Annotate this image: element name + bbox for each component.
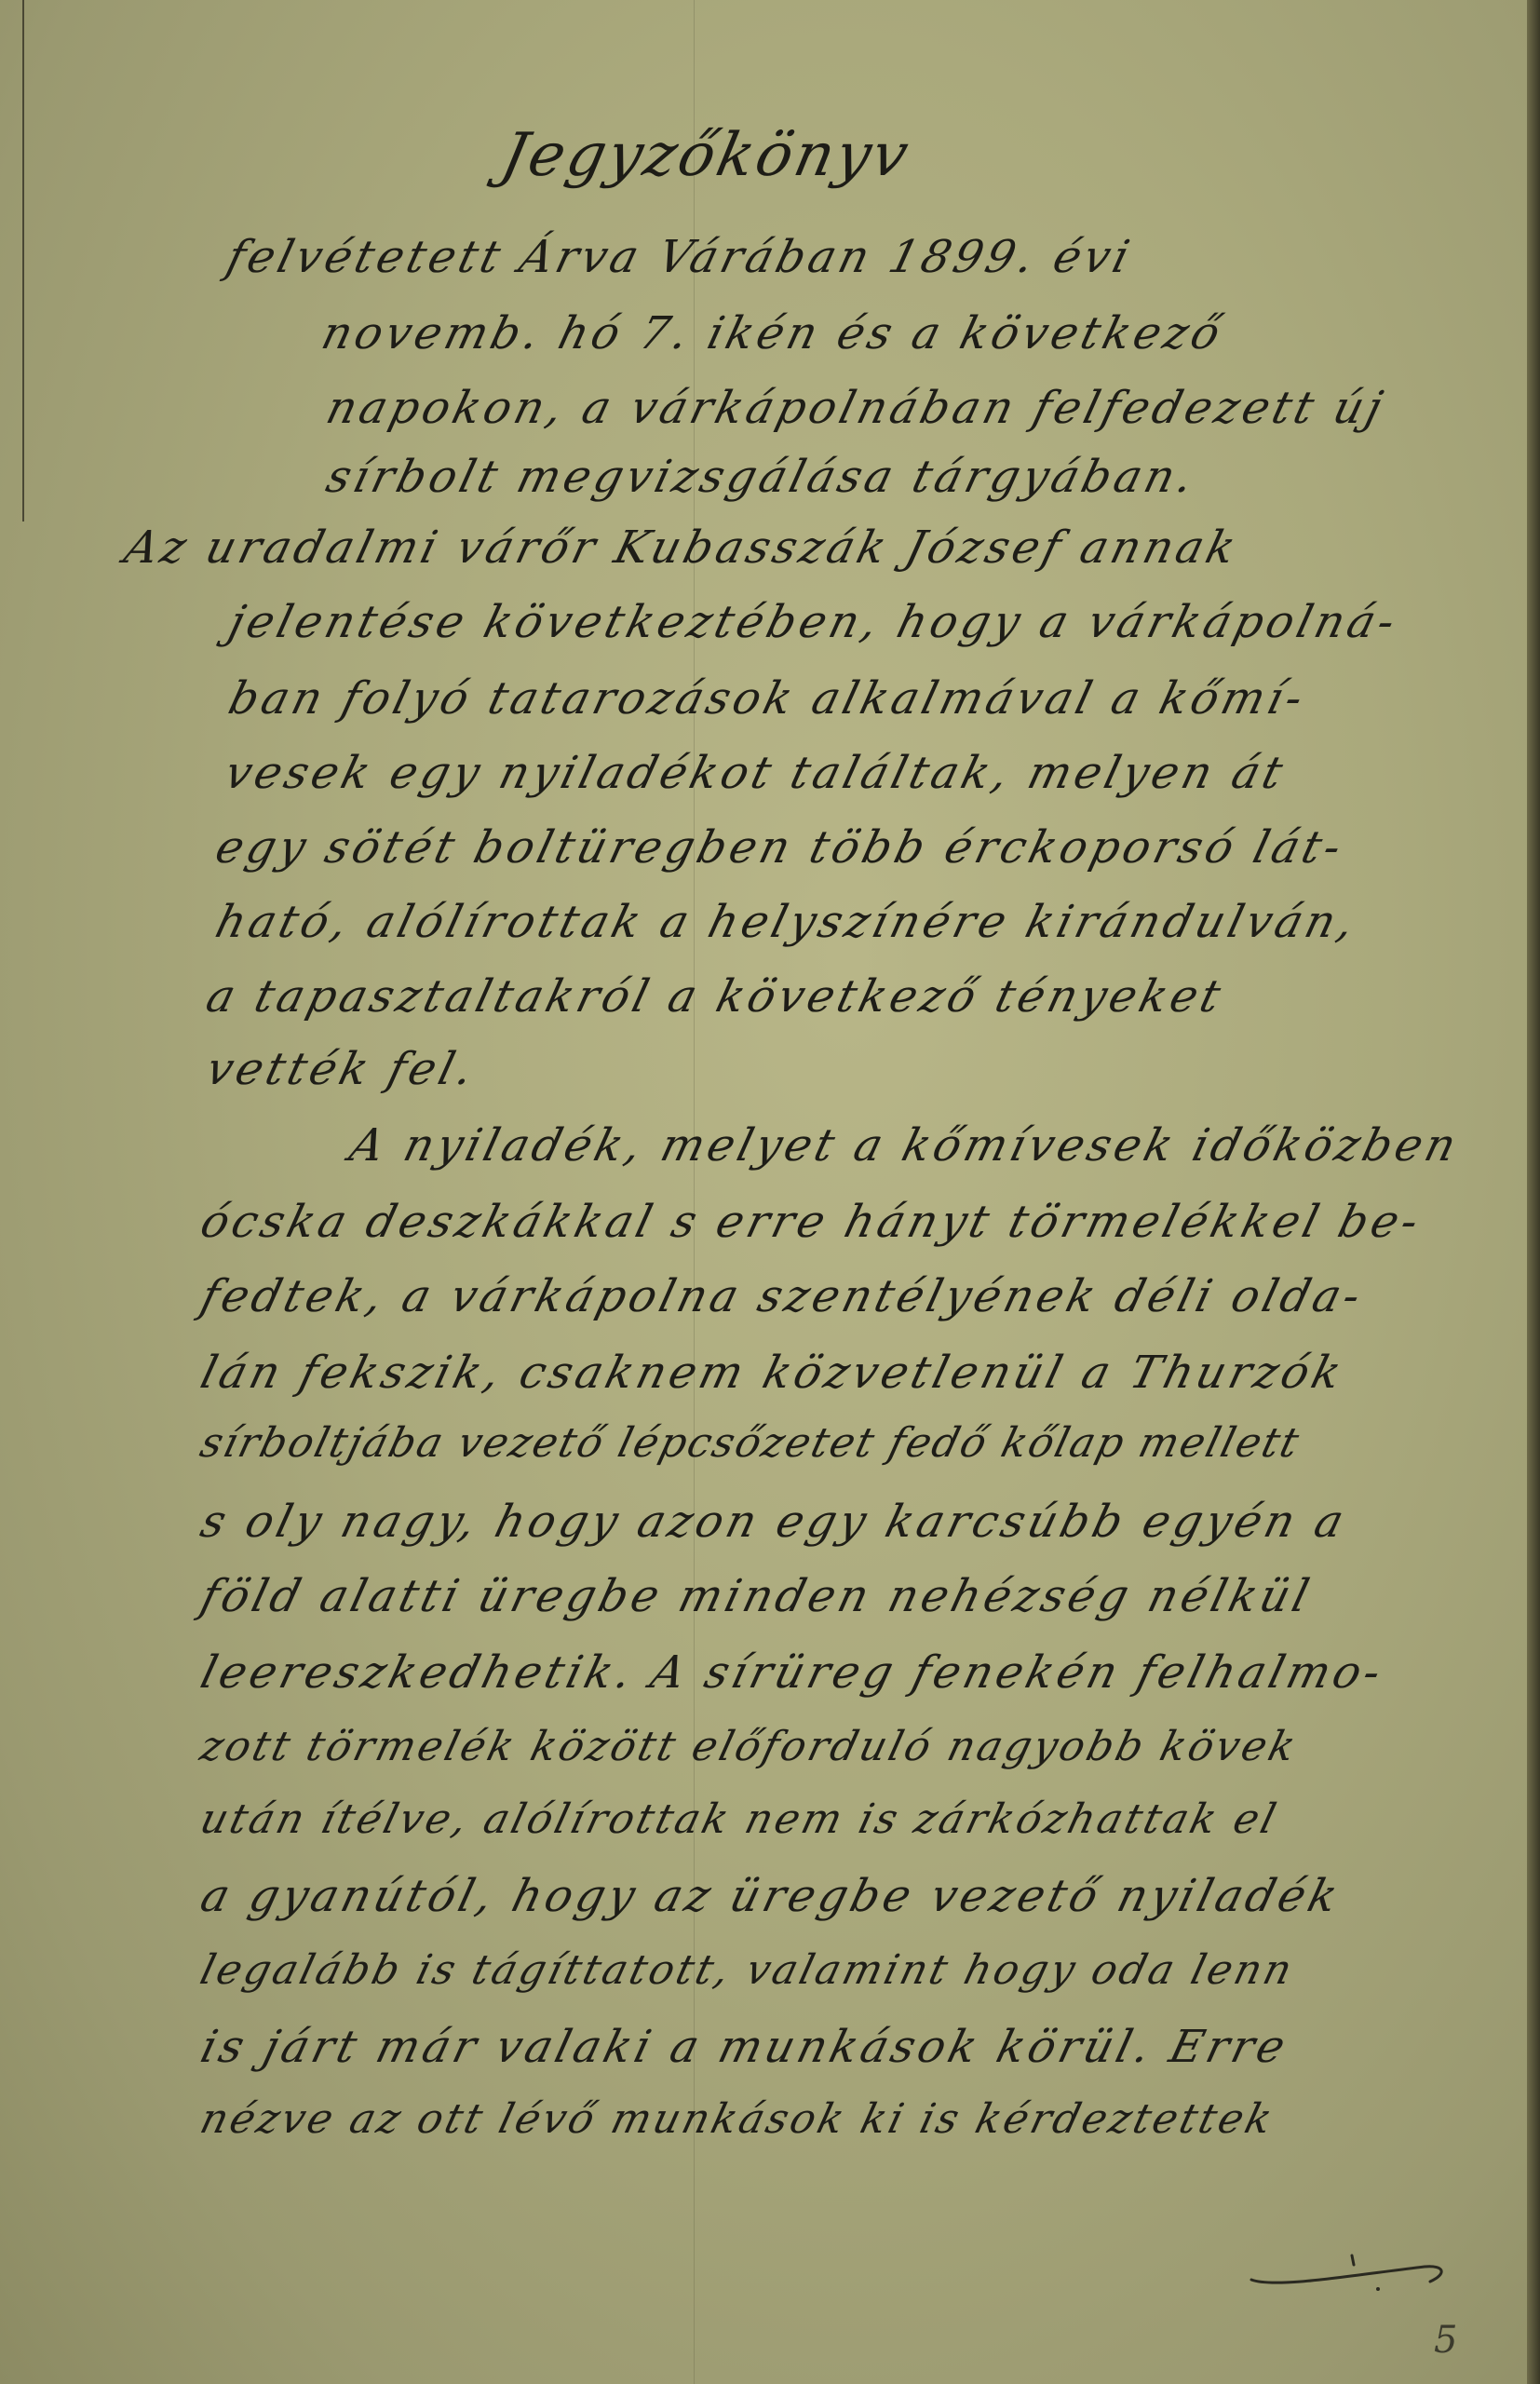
text-line: ócska deszkákkal s erre hányt törmelékke… [196,1196,1427,1248]
text-line: lán fekszik, csaknem közvetlenül a Thurz… [196,1347,1350,1399]
text-line: nézve az ott lévő munkások ki is kérdezt… [196,2095,1279,2143]
text-line: is járt már valaki a munkások körül. Err… [196,2021,1294,2073]
text-line: napokon, a várkápolnában felfedezett új [321,382,1391,434]
text-line: fedtek, a várkápolna szentélyének déli o… [196,1270,1370,1322]
text-line: sírbolt megvizsgálása tárgyában. [321,451,1202,503]
page-right-edge [1527,0,1540,2384]
text-line: leereszkedhetik. A sírüreg fenekén felha… [196,1646,1389,1699]
text-line: novemb. hó 7. ikén és a következő [317,307,1229,359]
text-line: sírboltjába vezető lépcsőzetet fedő kőla… [196,1419,1305,1467]
text-line: után ítélve, alólírottak nem is zárkózha… [196,1795,1283,1843]
text-line: jelentése következtében, hogy a várkápol… [223,596,1404,648]
document-title: Jegyzőkönyv [495,121,916,190]
text-line: felvétetett Árva Várában 1899. évi [222,231,1138,283]
text-line: ható, alólírottak a helyszínére kirándul… [210,896,1363,948]
page-number: 5 [1434,2319,1457,2362]
text-line: Az uradalmi várőr Kubasszák József annak [119,521,1244,574]
text-line: A nyiladék, melyet a kőmívesek időközben [344,1119,1465,1172]
text-line: ban folyó tatarozások alkalmával a kőmí- [223,672,1312,725]
folio-flourish-icon [1248,2254,1452,2291]
left-margin-rule [22,0,24,521]
text-line: legalább is tágíttatott, valamint hogy o… [196,1946,1299,1994]
text-line: vesek egy nyiladékot találtak, melyen át [220,747,1291,799]
text-line: zott törmelék között előforduló nagyobb … [196,1723,1303,1770]
text-line: vették fel. [201,1043,482,1095]
text-line: a tapasztaltakról a következő tényeket [201,970,1229,1023]
manuscript-page: Jegyzőkönyv felvétetett Árva Várában 189… [0,0,1540,2384]
text-line: s oly nagy, hogy azon egy karcsúbb egyén… [196,1496,1353,1548]
text-line: föld alatti üregbe minden nehézség nélkü… [196,1570,1317,1622]
text-line: egy sötét boltüregben több érckoporsó lá… [210,821,1350,874]
text-line: a gyanútól, hogy az üregbe vezető nyilad… [196,1870,1346,1922]
